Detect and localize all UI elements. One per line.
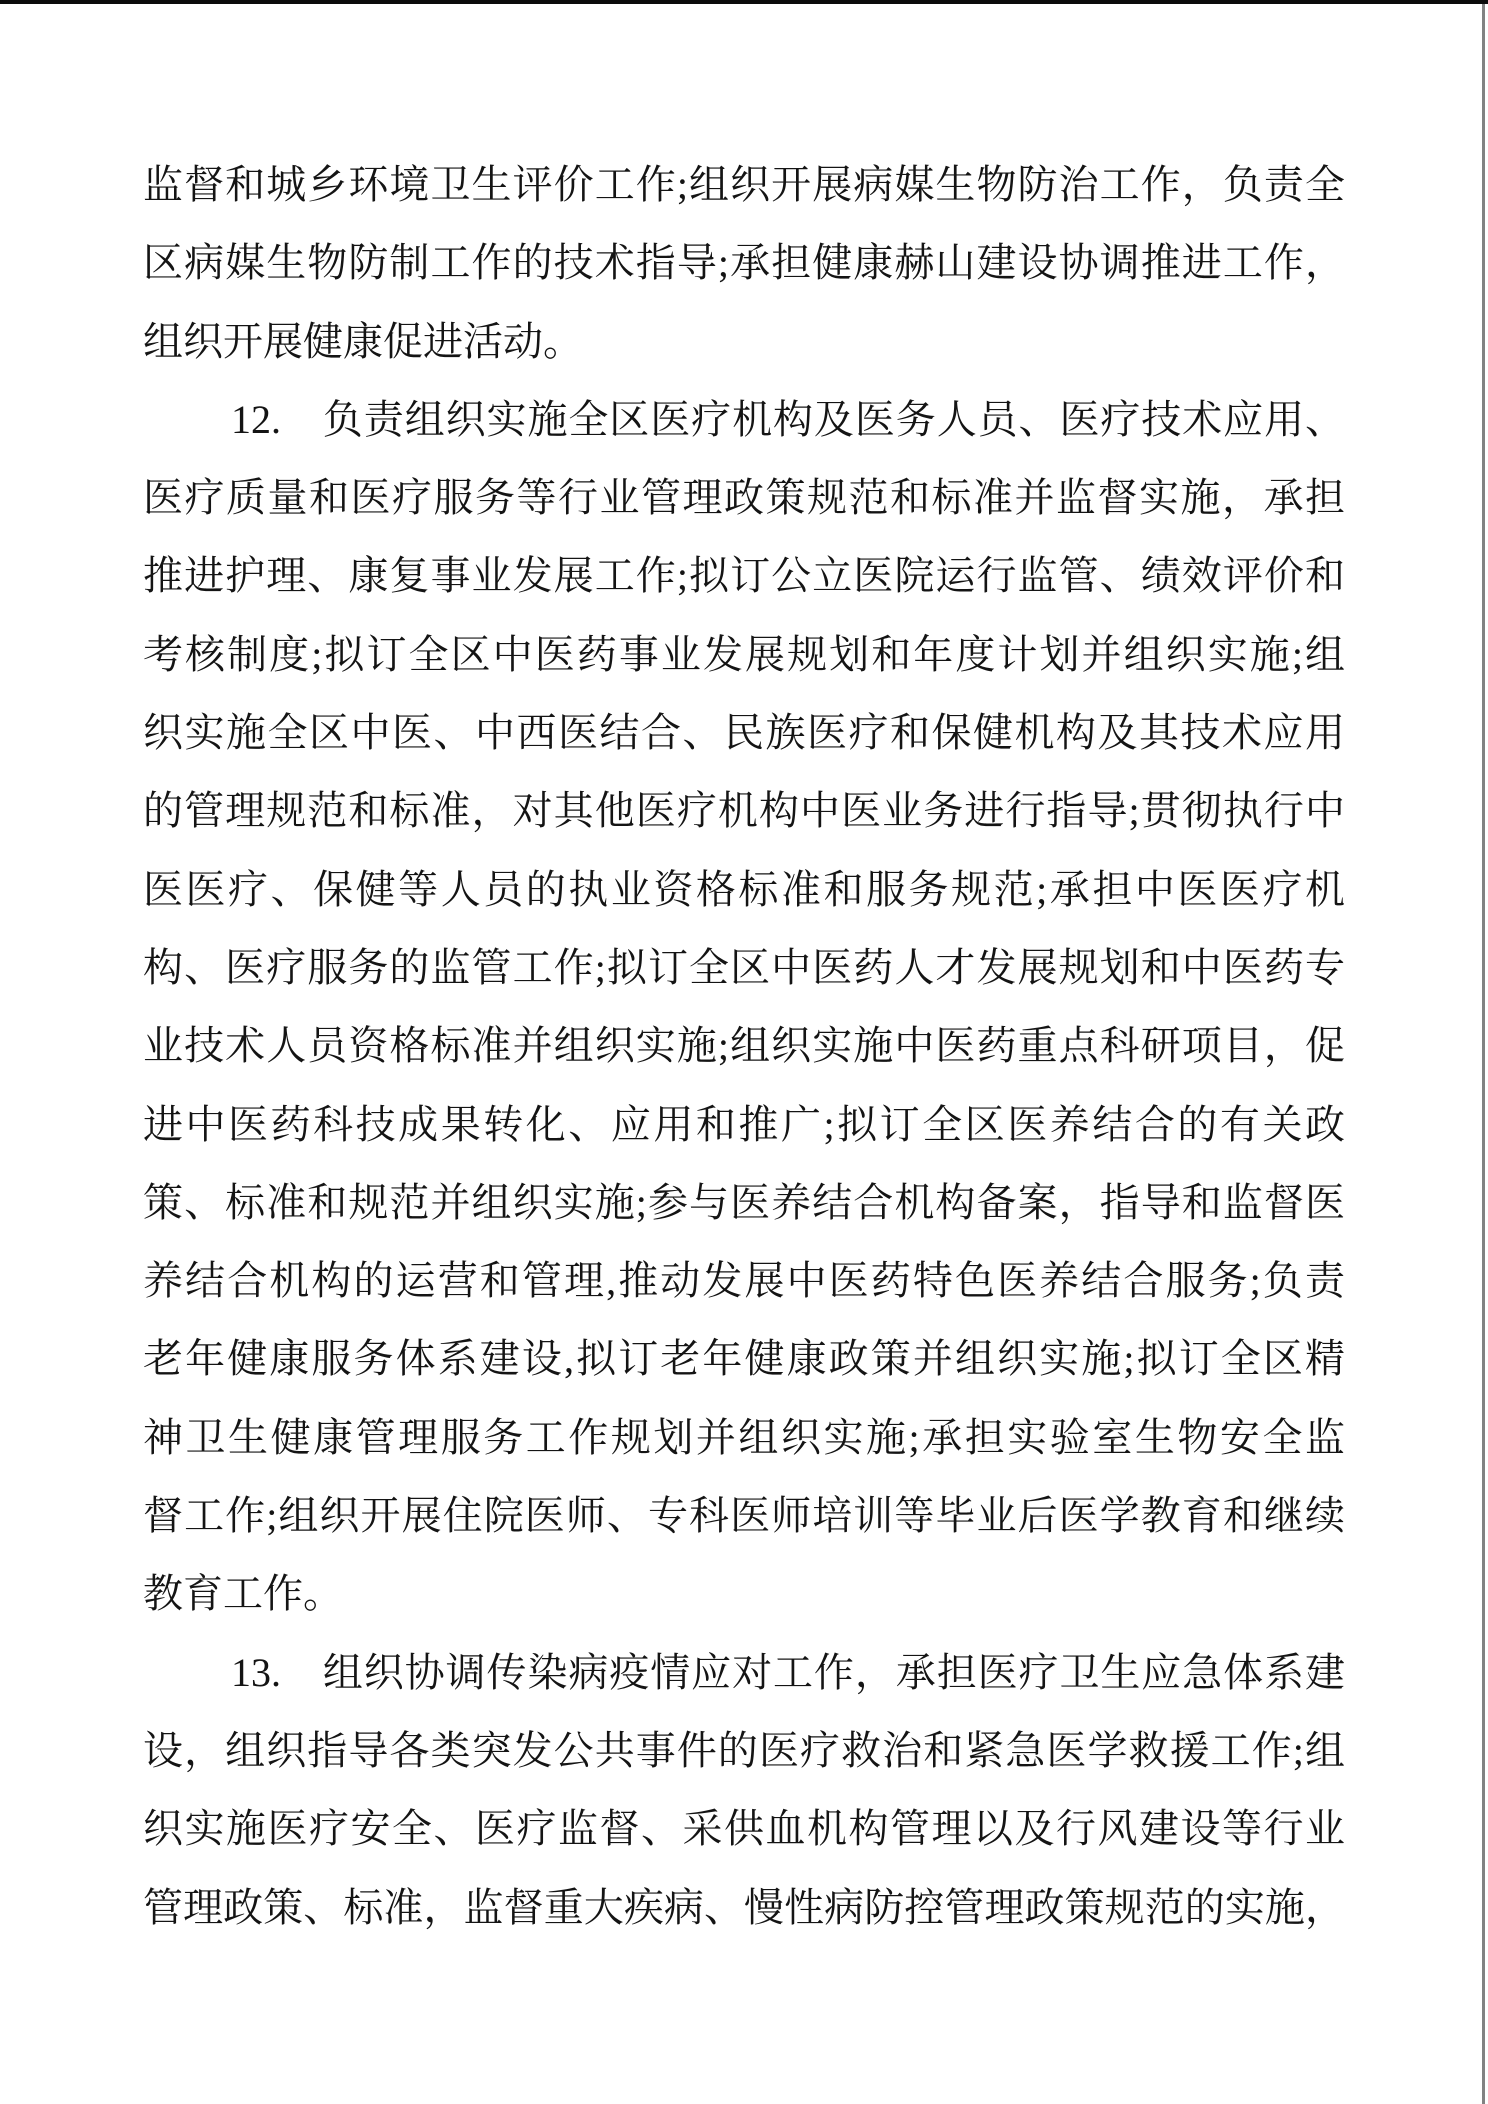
document-page: 监督和城乡环境卫生评价工作;组织开展病媒生物防治工作，负责全 区病媒生物防制工作… — [143, 146, 1345, 1947]
text-line: 督工作;组织开展住院医师、专科医师培训等毕业后医学教育和继续 — [143, 1477, 1345, 1555]
text-line: 策、标准和规范并组织实施;参与医养结合机构备案，指导和监督医 — [143, 1164, 1345, 1242]
paragraph-12: 12. 负责组织实施全区医疗机构及医务人员、医疗技术应用、 医疗质量和医疗服务等… — [143, 381, 1345, 1634]
text-line: 构、医疗服务的监管工作;拟订全区中医药人才发展规划和中医药专 — [143, 929, 1345, 1007]
text-line: 养结合机构的运营和管理,推动发展中医药特色医养结合服务;负责 — [143, 1242, 1345, 1320]
text-line: 医疗质量和医疗服务等行业管理政策规范和标准并监督实施，承担 — [143, 459, 1345, 537]
text-line: 神卫生健康管理服务工作规划并组织实施;承担实验室生物安全监 — [143, 1399, 1345, 1477]
paragraph-11-continuation: 监督和城乡环境卫生评价工作;组织开展病媒生物防治工作，负责全 区病媒生物防制工作… — [143, 146, 1345, 381]
text-line: 管理政策、标准，监督重大疾病、慢性病防控管理政策规范的实施， — [143, 1869, 1345, 1947]
text-line: 12. 负责组织实施全区医疗机构及医务人员、医疗技术应用、 — [143, 381, 1345, 459]
text-line: 13. 组织协调传染病疫情应对工作，承担医疗卫生应急体系建 — [143, 1634, 1345, 1712]
text-line: 织实施医疗安全、医疗监督、采供血机构管理以及行风建设等行业 — [143, 1790, 1345, 1868]
text-line: 设，组织指导各类突发公共事件的医疗救治和紧急医学救援工作;组 — [143, 1712, 1345, 1790]
text-line: 考核制度;拟订全区中医药事业发展规划和年度计划并组织实施;组 — [143, 616, 1345, 694]
text-line: 推进护理、康复事业发展工作;拟订公立医院运行监管、绩效评价和 — [143, 537, 1345, 615]
text-line: 的管理规范和标准，对其他医疗机构中医业务进行指导;贯彻执行中 — [143, 772, 1345, 850]
text-line: 医医疗、保健等人员的执业资格标准和服务规范;承担中医医疗机 — [143, 851, 1345, 929]
top-border — [0, 0, 1488, 4]
text-line: 教育工作。 — [143, 1555, 1345, 1633]
text-line: 业技术人员资格标准并组织实施;组织实施中医药重点科研项目，促 — [143, 1007, 1345, 1085]
text-line: 进中医药科技成果转化、应用和推广;拟订全区医养结合的有关政 — [143, 1086, 1345, 1164]
page-edge-line — [1482, 4, 1485, 2104]
text-line: 织实施全区中医、中西医结合、民族医疗和保健机构及其技术应用 — [143, 694, 1345, 772]
text-line: 区病媒生物防制工作的技术指导;承担健康赫山建设协调推进工作， — [143, 224, 1345, 302]
text-line: 组织开展健康促进活动。 — [143, 303, 1345, 381]
paragraph-13: 13. 组织协调传染病疫情应对工作，承担医疗卫生应急体系建 设，组织指导各类突发… — [143, 1634, 1345, 1947]
text-line: 监督和城乡环境卫生评价工作;组织开展病媒生物防治工作，负责全 — [143, 146, 1345, 224]
text-line: 老年健康服务体系建设,拟订老年健康政策并组织实施;拟订全区精 — [143, 1320, 1345, 1398]
